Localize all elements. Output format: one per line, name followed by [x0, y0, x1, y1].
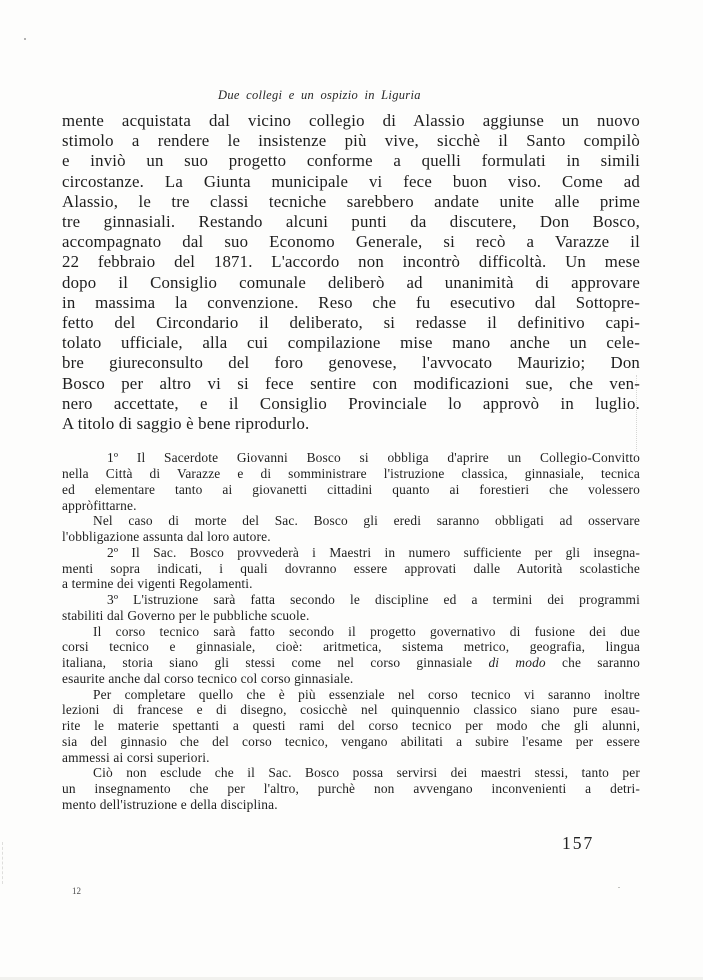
- text-line: stimolo a rendere le insistenze più vive…: [62, 131, 640, 151]
- text-line: corsi tecnico e ginnasiale, cioè: aritme…: [62, 639, 640, 655]
- text-line: un insegnamento che per l'altro, purchè …: [62, 781, 640, 797]
- text-line: Nel caso di morte del Sac. Bosco gli ere…: [62, 513, 640, 529]
- text-line: ed elementare tanto ai giovanetti cittad…: [62, 482, 640, 498]
- running-header: Due collegi e un ospizio in Liguria: [218, 88, 421, 103]
- text-line: Per completare quello che è più essenzia…: [62, 687, 640, 703]
- text-line: ammessi ai corsi superiori.: [62, 750, 640, 766]
- body-paragraph: mente acquistata dal vicino collegio di …: [62, 111, 640, 434]
- text-line: Alassio, le tre classi tecniche sarebber…: [62, 192, 640, 212]
- text-line: appròfittarne.: [62, 498, 640, 514]
- text-line: tre ginnasiali. Restando alcuni punti da…: [62, 212, 640, 232]
- text-line: accompagnato dal suo Economo Generale, s…: [62, 232, 640, 252]
- book-page: Due collegi e un ospizio in Liguria ment…: [0, 0, 703, 980]
- text-line: nero accettate, e il Consiglio Provincia…: [62, 394, 640, 414]
- text-line: sia del ginnasio che del corso tecnico, …: [62, 734, 640, 750]
- contract-excerpt: 1º Il Sacerdote Giovanni Bosco si obblig…: [62, 450, 640, 812]
- text-line: italiana, storia siano gli stessi come n…: [62, 655, 640, 671]
- text-line: mento dell'istruzione e della disciplina…: [62, 797, 640, 813]
- text-line: 1º Il Sacerdote Giovanni Bosco si obblig…: [62, 450, 640, 466]
- scan-artifact-left-margin: [2, 842, 3, 884]
- text-line: mente acquistata dal vicino collegio di …: [62, 111, 640, 131]
- text-line: esaurite anche dal corso tecnico col cor…: [62, 671, 640, 687]
- page-content: mente acquistata dal vicino collegio di …: [62, 111, 640, 813]
- text-line: Il corso tecnico sarà fatto secondo il p…: [62, 624, 640, 640]
- text-line: menti sopra indicati, i quali dovranno e…: [62, 561, 640, 577]
- text-line: lezioni di francese e di disegno, cosicc…: [62, 702, 640, 718]
- text-line: bre giureconsulto del foro genovese, l'a…: [62, 353, 640, 373]
- text-line: tolato ufficiale, alla cui compilazione …: [62, 333, 640, 353]
- text-line: rite le materie spettanti a questi rami …: [62, 718, 640, 734]
- text-line: A titolo di saggio è bene riprodurlo.: [62, 414, 640, 434]
- text-line: fetto del Circondario il deliberato, si …: [62, 313, 640, 333]
- scan-artifact-speck: [618, 887, 620, 888]
- text-line: a termine dei vigenti Regolamenti.: [62, 576, 640, 592]
- text-line: 22 febbraio del 1871. L'accordo non inco…: [62, 252, 640, 272]
- text-line: in massima la convenzione. Reso che fu e…: [62, 293, 640, 313]
- text-line: Ciò non esclude che il Sac. Bosco possa …: [62, 765, 640, 781]
- text-line: 2º Il Sac. Bosco provvederà i Maestri in…: [62, 545, 640, 561]
- page-number: 157: [562, 833, 594, 854]
- text-line: circostanze. La Giunta municipale vi fec…: [62, 172, 640, 192]
- sheet-number: 12: [72, 886, 81, 896]
- text-line: l'obbligazione assunta dal loro autore.: [62, 529, 640, 545]
- scan-artifact-dot: [24, 38, 26, 40]
- text-line: nella Città di Varazze e di somministrar…: [62, 466, 640, 482]
- text-line: e inviò un suo progetto conforme a quell…: [62, 151, 640, 171]
- text-line: stabiliti dal Governo per le pubbliche s…: [62, 608, 640, 624]
- text-line: 3º L'istruzione sarà fatta secondo le di…: [62, 592, 640, 608]
- text-line: dopo il Consiglio comunale deliberò ad u…: [62, 273, 640, 293]
- text-line: Bosco per altro vi si fece sentire con m…: [62, 374, 640, 394]
